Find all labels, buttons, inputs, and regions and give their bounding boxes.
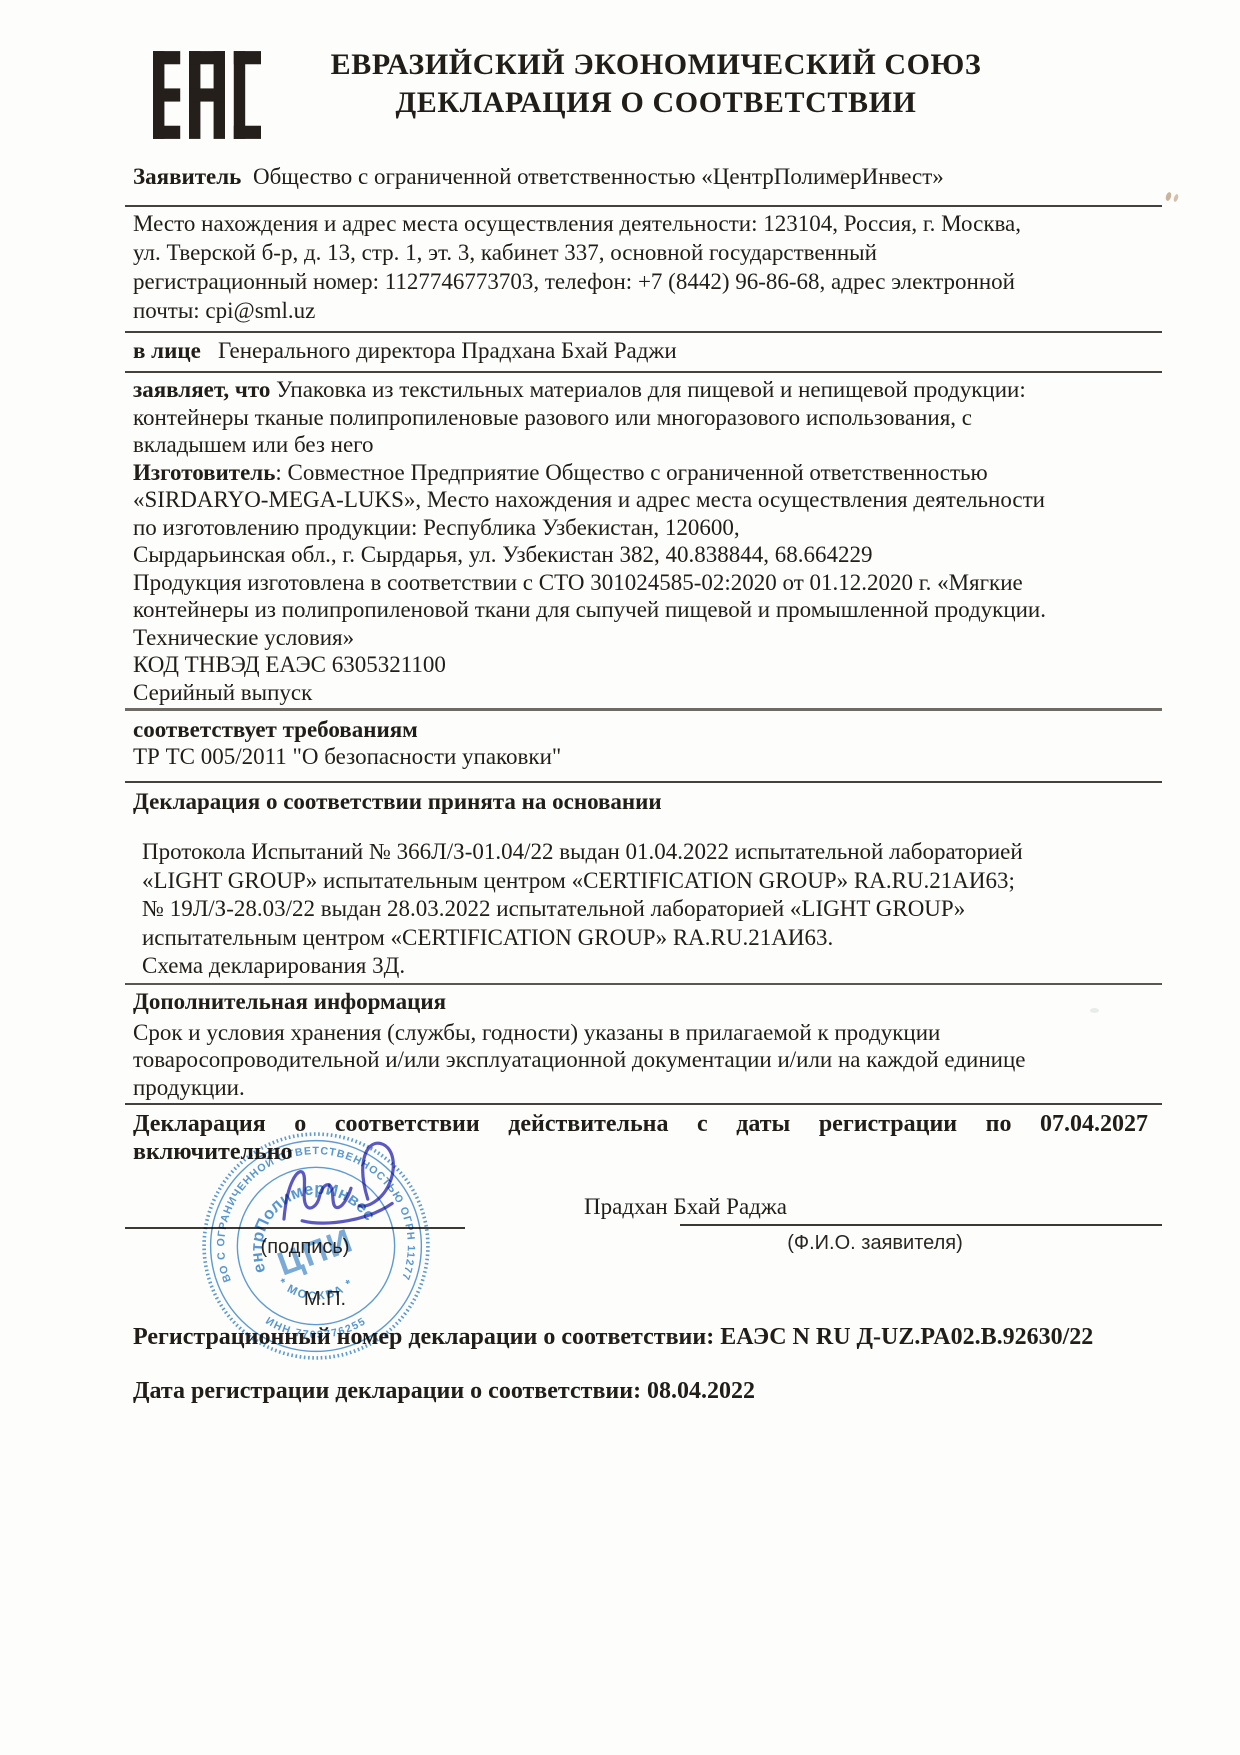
section-divider: [125, 1103, 1162, 1105]
manufacturer-line: Сырдарьинская обл., г. Сырдарья, ул. Узб…: [125, 541, 1162, 569]
applicant-signatory-name: Прадхан Бхай Раджа: [584, 1194, 787, 1220]
manufacturer-text: : Совместное Предприятие Общество с огра…: [275, 460, 987, 485]
manufacturer-line: Серийный выпуск: [125, 679, 1162, 707]
representative-row: в лицеГенерального директора Прадхана Бх…: [125, 336, 1162, 368]
basis-line: № 19Л/З-28.03/22 выдан 28.03.2022 испыта…: [125, 895, 1162, 924]
validity-word: даты: [736, 1110, 790, 1138]
basis-section: Протокола Испытаний № 366Л/З-01.04/22 вы…: [125, 838, 1162, 983]
handwritten-signature: [267, 1130, 444, 1247]
declaration-of-conformity-scan: ЕВРАЗИЙСКИЙ ЭКОНОМИЧЕСКИЙ СОЮЗ ДЕКЛАРАЦИ…: [0, 0, 1240, 1755]
applicant-value: Общество с ограниченной ответственностью…: [253, 164, 944, 189]
declares-line: контейнеры тканые полипропиленовые разов…: [125, 404, 1162, 432]
name-line: [680, 1224, 1162, 1226]
compliance-value: ТР ТС 005/2011 "О безопасности упаковки": [125, 743, 1162, 770]
validity-word: 07.04.2027: [1040, 1110, 1148, 1138]
additional-info-line: Срок и условия хранения (службы, годност…: [125, 1019, 1162, 1047]
basis-line: «LIGHT GROUP» испытательным центром «CER…: [125, 867, 1162, 896]
declares-line: вкладышем или без него: [125, 431, 1162, 459]
basis-heading: Декларация о соответствии принята на осн…: [125, 789, 1162, 815]
declares-line: заявляет, что Упаковка из текстильных ма…: [125, 376, 1162, 404]
address-line: Место нахождения и адрес места осуществл…: [125, 209, 1162, 238]
address-line: почты: cpi@sml.uz: [125, 296, 1162, 325]
representative-value: Генерального директора Прадхана Бхай Рад…: [218, 338, 677, 363]
representative-label: в лице: [133, 336, 218, 365]
manufacturer-line: КОД ТНВЭД ЕАЭС 6305321100: [125, 651, 1162, 679]
validity-word: регистрации: [819, 1110, 957, 1138]
title-block: ЕВРАЗИЙСКИЙ ЭКОНОМИЧЕСКИЙ СОЮЗ ДЕКЛАРАЦИ…: [150, 46, 1162, 122]
registration-date-line: Дата регистрации декларации о соответств…: [125, 1376, 1162, 1406]
additional-info-line: товаросопроводительной и/или эксплуатаци…: [125, 1046, 1162, 1074]
document-header: ЕВРАЗИЙСКИЙ ЭКОНОМИЧЕСКИЙ СОЮЗ ДЕКЛАРАЦИ…: [125, 36, 1162, 156]
section-divider: [125, 983, 1162, 985]
union-title: ЕВРАЗИЙСКИЙ ЭКОНОМИЧЕСКИЙ СОЮЗ: [150, 46, 1162, 84]
manufacturer-line: по изготовлению продукции: Республика Уз…: [125, 514, 1162, 542]
declares-text: Упаковка из текстильных материалов для п…: [270, 377, 1025, 402]
section-divider: [125, 205, 1162, 207]
validity-word: по: [986, 1110, 1012, 1138]
validity-word: с: [697, 1110, 708, 1138]
applicant-row: ЗаявительОбщество с ограниченной ответст…: [125, 162, 1162, 191]
scan-speckle: [838, 170, 845, 175]
name-caption: (Ф.И.О. заявителя): [725, 1232, 1025, 1255]
section-divider: [125, 371, 1162, 373]
manufacturer-line: Изготовитель: Совместное Предприятие Общ…: [125, 459, 1162, 487]
declares-continuation: контейнеры тканые полипропиленовые разов…: [125, 404, 1162, 459]
section-divider: [125, 708, 1162, 711]
manufacturer-label: Изготовитель: [133, 460, 275, 485]
section-divider: [125, 331, 1162, 333]
manufacturer-line: «SIRDARYO-MEGA-LUKS», Место нахождения и…: [125, 486, 1162, 514]
additional-info-heading: Дополнительная информация: [125, 989, 1162, 1014]
basis-line: испытательным центром «CERTIFICATION GRO…: [125, 924, 1162, 953]
scan-speckle: [1090, 1008, 1099, 1013]
additional-info-section: Срок и условия хранения (службы, годност…: [125, 1019, 1162, 1102]
basis-line: Схема декларирования 3Д.: [125, 952, 1162, 981]
manufacturer-line: Продукция изготовлена в соответствии с С…: [125, 569, 1162, 597]
address-line: регистрационный номер: 1127746773703, те…: [125, 267, 1162, 296]
applicant-label: Заявитель: [133, 162, 253, 191]
signature-strokes: [279, 1142, 397, 1226]
manufacturer-continuation: «SIRDARYO-MEGA-LUKS», Место нахождения и…: [125, 486, 1162, 706]
section-divider: [125, 781, 1162, 783]
applicant-address: Место нахождения и адрес места осуществл…: [125, 209, 1162, 328]
stamp-ring-bottom-text: ИНН 7703776255: [263, 1315, 368, 1341]
document-title: ДЕКЛАРАЦИЯ О СООТВЕТСТВИИ: [150, 84, 1162, 122]
basis-line: Протокола Испытаний № 366Л/З-01.04/22 вы…: [125, 838, 1162, 867]
validity-word: действительна: [508, 1110, 668, 1138]
manufacturer-line: Технические условия»: [125, 624, 1162, 652]
compliance-section: соответствует требованиям ТР ТС 005/2011…: [125, 716, 1162, 770]
declares-label: заявляет, что: [133, 377, 270, 402]
compliance-heading: соответствует требованиям: [125, 716, 1162, 743]
manufacturer-line: контейнеры из полипропиленовой ткани для…: [125, 596, 1162, 624]
additional-info-line: продукции.: [125, 1074, 1162, 1102]
scan-speckle: [1165, 191, 1173, 201]
address-line: ул. Тверской б-р, д. 13, стр. 1, эт. 3, …: [125, 238, 1162, 267]
scan-speckle: [1173, 194, 1179, 203]
product-declaration: заявляет, что Упаковка из текстильных ма…: [125, 376, 1162, 706]
